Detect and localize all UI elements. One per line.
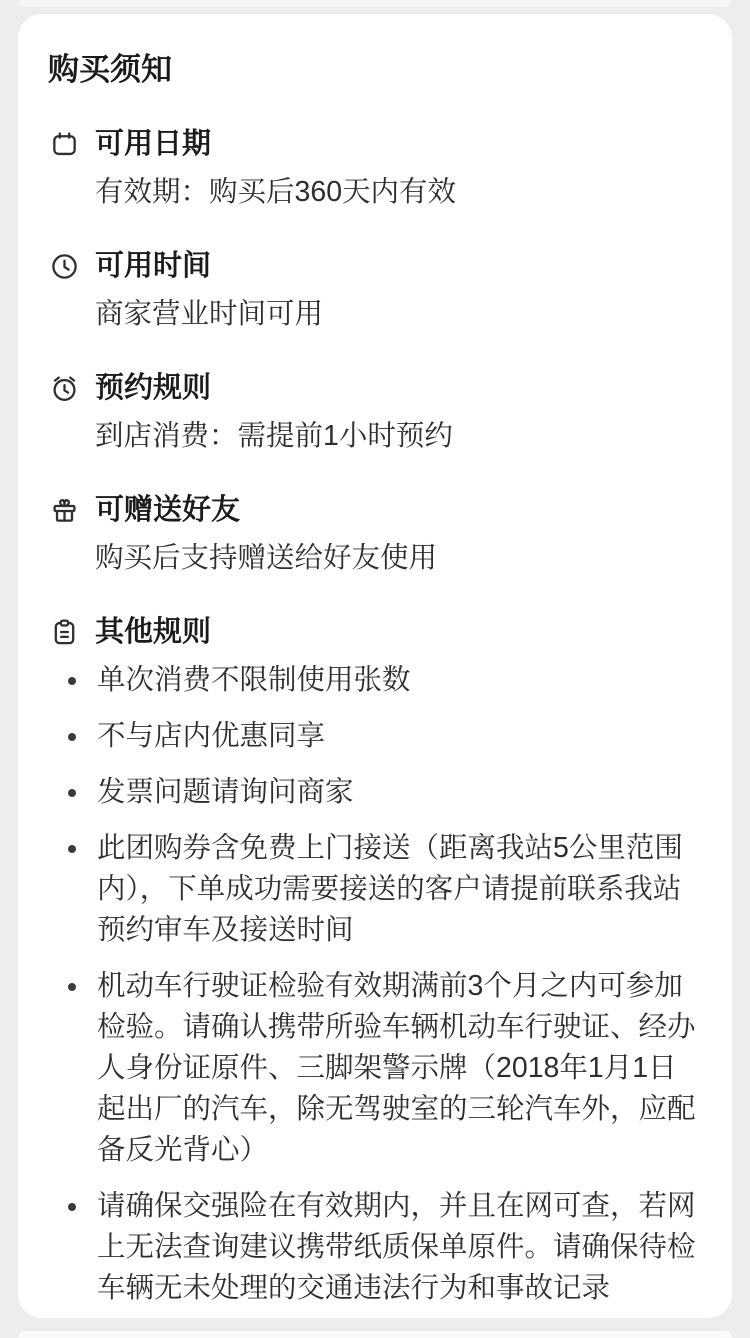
section-title: 预约规则 — [95, 368, 211, 408]
list-item: 发票问题请询问商家 — [48, 772, 702, 813]
bullet-icon — [68, 677, 76, 685]
section-other-rules: 其他规则 单次消费不限制使用张数 不与店内优惠同享 发票问题请询问商家 此团购券… — [48, 612, 702, 1309]
list-item: 此团购券含免费上门接送（距离我站5公里范围内），下单成功需要接送的客户请提前联系… — [48, 828, 702, 951]
previous-card-bottom-edge — [18, 0, 732, 7]
list-item: 请确保交强险在有效期内，并且在网可查，若网上无法查询建议携带纸质保单原件。请确保… — [48, 1186, 702, 1309]
section-title: 其他规则 — [95, 612, 211, 652]
section-body: 有效期：购买后360天内有效 — [95, 172, 702, 212]
clock-icon — [48, 250, 81, 283]
section-body: 到店消费：需提前1小时预约 — [95, 416, 702, 456]
list-item-text: 此团购券含免费上门接送（距离我站5公里范围内），下单成功需要接送的客户请提前联系… — [97, 828, 702, 951]
list-item-text: 单次消费不限制使用张数 — [97, 660, 702, 701]
section-reservation-rules: 预约规则 到店消费：需提前1小时预约 — [48, 368, 702, 456]
page-title: 购买须知 — [48, 50, 702, 90]
section-header: 可用日期 — [48, 124, 702, 164]
section-header: 可赠送好友 — [48, 490, 702, 530]
bullet-icon — [68, 845, 76, 853]
section-title: 可用时间 — [95, 246, 211, 286]
list-item: 单次消费不限制使用张数 — [48, 660, 702, 701]
section-giftable: 可赠送好友 购买后支持赠送给好友使用 — [48, 490, 702, 578]
other-rules-list: 单次消费不限制使用张数 不与店内优惠同享 发票问题请询问商家 此团购券含免费上门… — [48, 660, 702, 1309]
section-header: 预约规则 — [48, 368, 702, 408]
alarm-clock-icon — [48, 372, 81, 405]
clipboard-icon — [48, 616, 81, 649]
bullet-icon — [68, 733, 76, 741]
list-item: 机动车行驶证检验有效期满前3个月之内可参加检验。请确认携带所验车辆机动车行驶证、… — [48, 966, 702, 1171]
list-item: 不与店内优惠同享 — [48, 716, 702, 757]
list-item-text: 发票问题请询问商家 — [97, 772, 702, 813]
calendar-icon — [48, 128, 81, 161]
bullet-icon — [68, 1203, 76, 1211]
purchase-notice-card: 购买须知 可用日期 有效期：购买后360天内有效 可用时间 商家营业时 — [18, 14, 732, 1318]
gift-icon — [48, 494, 81, 527]
section-available-date: 可用日期 有效期：购买后360天内有效 — [48, 124, 702, 212]
section-available-time: 可用时间 商家营业时间可用 — [48, 246, 702, 334]
list-item-text: 机动车行驶证检验有效期满前3个月之内可参加检验。请确认携带所验车辆机动车行驶证、… — [97, 966, 702, 1171]
list-item-text: 不与店内优惠同享 — [97, 716, 702, 757]
section-title: 可用日期 — [95, 124, 211, 164]
list-item-text: 请确保交强险在有效期内，并且在网可查，若网上无法查询建议携带纸质保单原件。请确保… — [97, 1186, 702, 1309]
bullet-icon — [68, 789, 76, 797]
bullet-icon — [68, 983, 76, 991]
section-title: 可赠送好友 — [95, 490, 240, 530]
section-body: 商家营业时间可用 — [95, 294, 702, 334]
section-header: 其他规则 — [48, 612, 702, 652]
section-header: 可用时间 — [48, 246, 702, 286]
next-card-top-edge — [18, 1331, 732, 1338]
section-body: 购买后支持赠送给好友使用 — [95, 538, 702, 578]
